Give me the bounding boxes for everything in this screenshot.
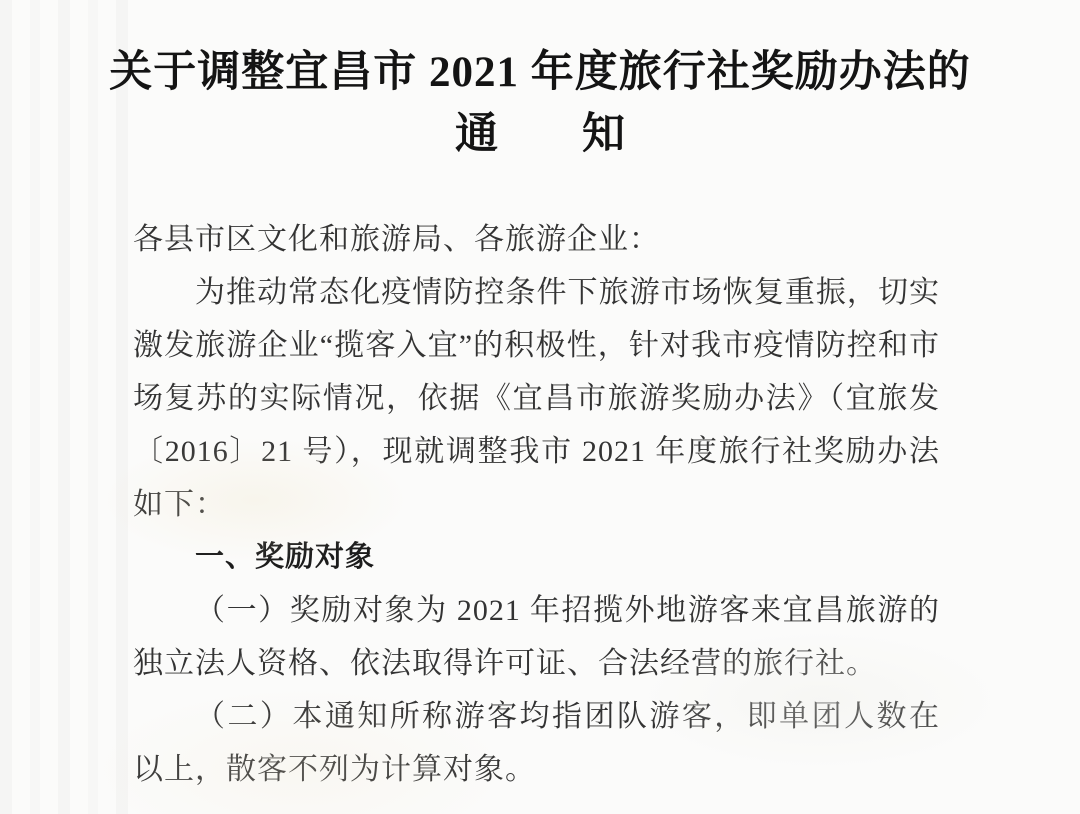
title-char-zhi: 知 xyxy=(582,104,625,166)
salutation-line: 各县市区文化和旅游局、各旅游企业： xyxy=(133,213,940,266)
scanned-notice-page: 关于调整宜昌市 2021 年度旅行社奖励办法的 通 知 各县市区文化和旅游局、各… xyxy=(0,0,1080,814)
paragraph-line: 以上，散客不列为计算对象。 xyxy=(133,743,940,796)
document-title: 关于调整宜昌市 2021 年度旅行社奖励办法的 通 知 xyxy=(0,0,1080,166)
paragraph-line: 独立法人资格、依法取得许可证、合法经营的旅行社。 xyxy=(133,637,940,690)
document-title-line2: 通 知 xyxy=(0,104,1080,166)
paragraph-line: 为推动常态化疫情防控条件下旅游市场恢复重振，切实 xyxy=(133,266,940,319)
paragraph-line: （一）奖励对象为 2021 年招揽外地游客来宜昌旅游的具有 xyxy=(133,584,940,637)
paragraph-line: 场复苏的实际情况，依据《宜昌市旅游奖励办法》（宜旅发 xyxy=(133,372,940,425)
paragraph-line: 如下： xyxy=(133,478,940,531)
section-heading-reward-targets: 一、奖励对象 xyxy=(133,531,940,584)
paragraph-line: （二）本通知所称游客均指团队游客，即单团人数在 30 人 xyxy=(133,690,940,743)
document-body: 各县市区文化和旅游局、各旅游企业： 为推动常态化疫情防控条件下旅游市场恢复重振，… xyxy=(133,213,940,796)
document-title-line1: 关于调整宜昌市 2021 年度旅行社奖励办法的 xyxy=(0,42,1080,104)
paragraph-line: 〔2016〕21 号），现就调整我市 2021 年度旅行社奖励办法通知 xyxy=(133,425,940,478)
title-char-tong: 通 xyxy=(455,104,498,166)
paragraph-line: 激发旅游企业“揽客入宜”的积极性，针对我市疫情防控和市 xyxy=(133,319,940,372)
